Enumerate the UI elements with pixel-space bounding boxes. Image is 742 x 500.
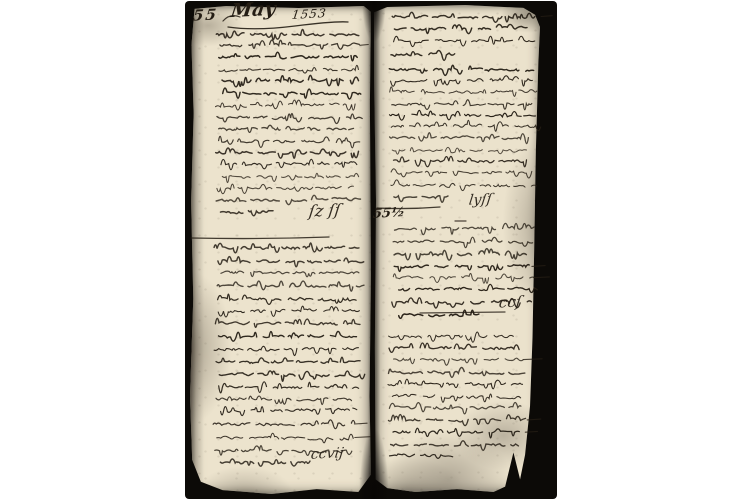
header-year: 1553 xyxy=(291,7,327,21)
manuscript-photo: 55 May 1553 ſz ſſ ccvij lyſſ ccſ 55½ xyxy=(185,1,557,499)
margin-folio-mark: 55½ xyxy=(372,206,406,221)
left-page xyxy=(190,6,371,494)
sum-flourish-left-para1: ſz ſſ xyxy=(308,202,342,220)
sum-flourish-left-para2: ccvij xyxy=(310,446,344,462)
sum-flourish-right-para2: lyſſ xyxy=(468,192,493,207)
folio-number: 55 xyxy=(192,7,219,23)
sum-flourish-right-para3: ccſ xyxy=(498,294,522,310)
scanned-manuscript-canvas: 55 May 1553 ſz ſſ ccvij lyſſ ccſ 55½ xyxy=(0,0,742,500)
header-month: May xyxy=(230,0,277,21)
right-page xyxy=(374,5,540,494)
